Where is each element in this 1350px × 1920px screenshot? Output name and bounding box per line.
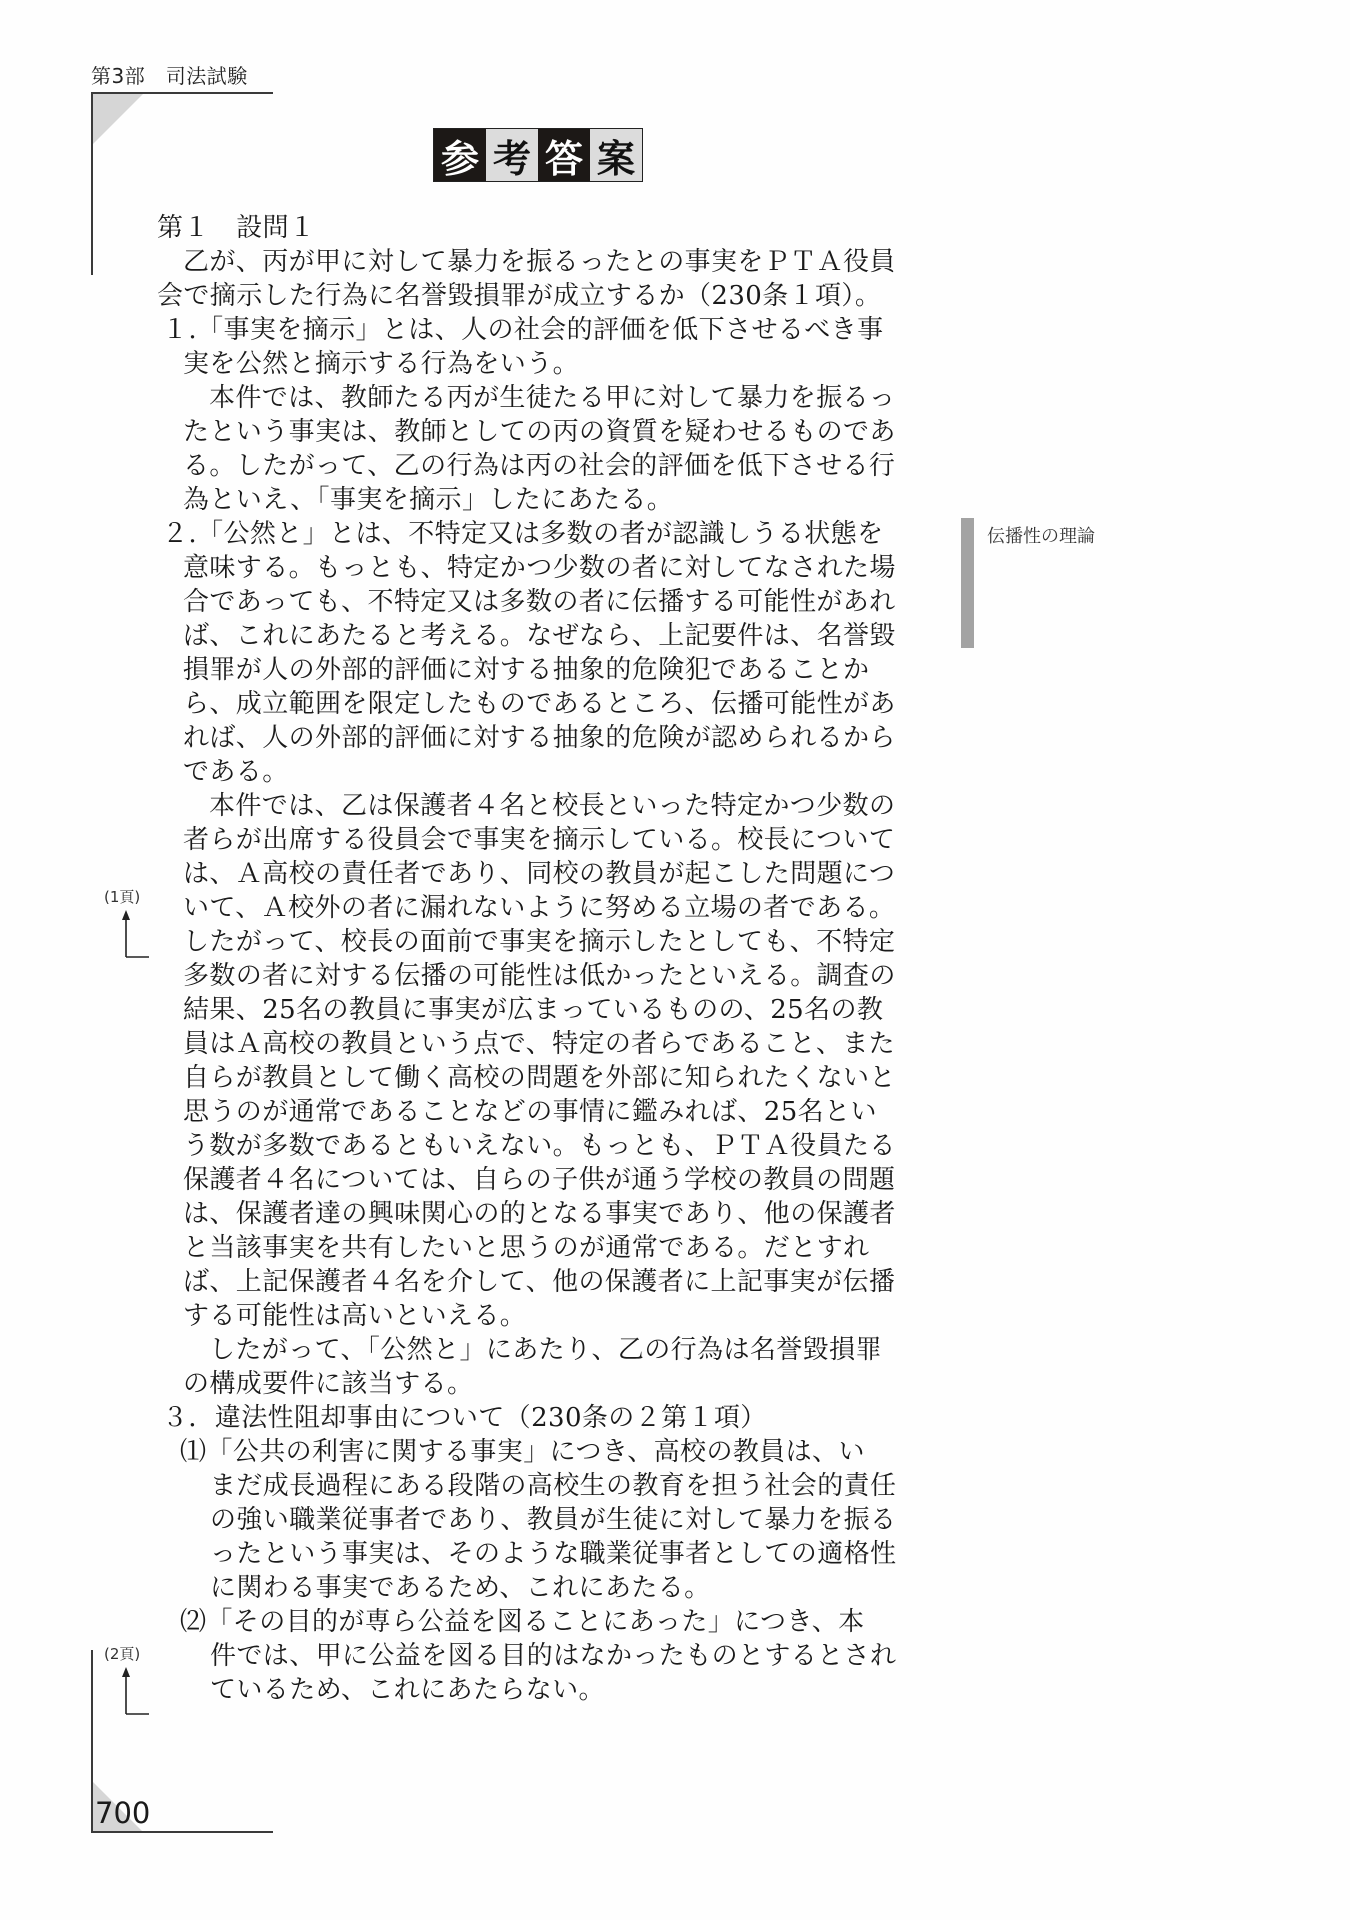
section-header: 第3部 司法試験 bbox=[91, 60, 248, 89]
text-line: と当該事実を共有したいと思うのが通常である。だとすれ bbox=[157, 1231, 937, 1265]
text-line: 合であっても、不特定又は多数の者に伝播する可能性があれ bbox=[157, 585, 937, 619]
text-line: 為といえ、「事実を摘示」したにあたる。 bbox=[157, 483, 937, 517]
text-line: ば、これにあたると考える。なぜなら、上記要件は、名誉毀 bbox=[157, 619, 937, 653]
page-marker-1: (1頁) bbox=[104, 886, 140, 907]
text-line: である。 bbox=[157, 755, 937, 789]
numbered-item-3: ３．違法性阻却事由について（230条の２第１項） bbox=[157, 1401, 937, 1435]
text-line: 実を公然と摘示する行為をいう。 bbox=[157, 347, 937, 381]
text-line: 件では、甲に公益を図る目的はなかったものとするとされ bbox=[157, 1639, 937, 1673]
text-line: 員はＡ高校の教員という点で、特定の者らであること、また bbox=[157, 1027, 937, 1061]
text-line: 者らが出席する役員会で事実を摘示している。校長について bbox=[157, 823, 937, 857]
text-line: たという事実は、教師としての丙の資質を疑わせるものであ bbox=[157, 415, 937, 449]
text-line: ら、成立範囲を限定したものであるところ、伝播可能性があ bbox=[157, 687, 937, 721]
numbered-item-2: ２.「公然と」とは、不特定又は多数の者が認識しうる状態を bbox=[157, 517, 937, 551]
text-line: 思うのが通常であることなどの事情に鑑みれば、25名とい bbox=[157, 1095, 937, 1129]
text-line: したがって、校長の面前で事実を摘示したとしても、不特定 bbox=[157, 925, 937, 959]
numbered-item-1: １.「事実を摘示」とは、人の社会的評価を低下させるべき事 bbox=[157, 313, 937, 347]
text-line: う数が多数であるともいえない。もっとも、ＰＴＡ役員たる bbox=[157, 1129, 937, 1163]
text-line: ているため、これにあたらない。 bbox=[157, 1673, 937, 1707]
text-line: 意味する。もっとも、特定かつ少数の者に対してなされた場 bbox=[157, 551, 937, 585]
corner-triangle-top bbox=[93, 94, 143, 144]
text-line: は、保護者達の興味関心の的となる事実であり、他の保護者 bbox=[157, 1197, 937, 1231]
text-line: に関わる事実であるため、これにあたる。 bbox=[157, 1571, 937, 1605]
text-line: 自らが教員として働く高校の問題を外部に知られたくないと bbox=[157, 1061, 937, 1095]
text-line: 会で摘示した行為に名誉毀損罪が成立するか（230条１項）。 bbox=[157, 279, 937, 313]
bottom-frame-line bbox=[91, 1831, 273, 1833]
text-line: 本件では、教師たる丙が生徒たる甲に対して暴力を振るっ bbox=[157, 381, 937, 415]
text-line: 多数の者に対する伝播の可能性は低かったといえる。調査の bbox=[157, 959, 937, 993]
section-heading: 第１ 設問１ bbox=[157, 211, 937, 245]
text-line: は、Ａ高校の責任者であり、同校の教員が起こした問題につ bbox=[157, 857, 937, 891]
title-char: 参 bbox=[434, 129, 486, 181]
text-line: 保護者４名については、自らの子供が通う学校の教員の問題 bbox=[157, 1163, 937, 1197]
page-marker-arrow-icon bbox=[118, 1663, 152, 1717]
sub-item-1: ⑴「公共の利害に関する事実」につき、高校の教員は、い bbox=[157, 1435, 937, 1469]
text-line: 本件では、乙は保護者４名と校長といった特定かつ少数の bbox=[157, 789, 937, 823]
page-marker-2: (2頁) bbox=[104, 1643, 140, 1664]
text-line: 損罪が人の外部的評価に対する抽象的危険犯であることか bbox=[157, 653, 937, 687]
side-note-bar bbox=[961, 518, 974, 648]
text-line: ったという事実は、そのような職業従事者としての適格性 bbox=[157, 1537, 937, 1571]
page-marker-arrow-icon bbox=[118, 906, 152, 960]
text-line: ば、上記保護者４名を介して、他の保護者に上記事実が伝播 bbox=[157, 1265, 937, 1299]
text-line: 乙が、丙が甲に対して暴力を振るったとの事実をＰＴＡ役員 bbox=[157, 245, 937, 279]
title-char: 案 bbox=[590, 129, 642, 181]
sub-item-2: ⑵「その目的が専ら公益を図ることにあった」につき、本 bbox=[157, 1605, 937, 1639]
answer-body: 第１ 設問１ 乙が、丙が甲に対して暴力を振るったとの事実をＰＴＡ役員 会で摘示し… bbox=[157, 211, 937, 1707]
title-char: 考 bbox=[486, 129, 538, 181]
text-line: の構成要件に該当する。 bbox=[157, 1367, 937, 1401]
text-line: る。したがって、乙の行為は丙の社会的評価を低下させる行 bbox=[157, 449, 937, 483]
text-line: 結果、25名の教員に事実が広まっているものの、25名の教 bbox=[157, 993, 937, 1027]
title-char: 答 bbox=[538, 129, 590, 181]
text-line: の強い職業従事者であり、教員が生徒に対して暴力を振る bbox=[157, 1503, 937, 1537]
text-line: いて、Ａ校外の者に漏れないように努める立場の者である。 bbox=[157, 891, 937, 925]
text-line: れば、人の外部的評価に対する抽象的危険が認められるから bbox=[157, 721, 937, 755]
text-line: したがって、「公然と」にあたり、乙の行為は名誉毀損罪 bbox=[157, 1333, 937, 1367]
page-number: 700 bbox=[95, 1796, 150, 1830]
text-line: まだ成長過程にある段階の高校生の教育を担う社会的責任 bbox=[157, 1469, 937, 1503]
title-box-reference-answer: 参 考 答 案 bbox=[433, 128, 643, 182]
text-line: する可能性は高いといえる。 bbox=[157, 1299, 937, 1333]
side-note-label: 伝播性の理論 bbox=[987, 522, 1095, 548]
